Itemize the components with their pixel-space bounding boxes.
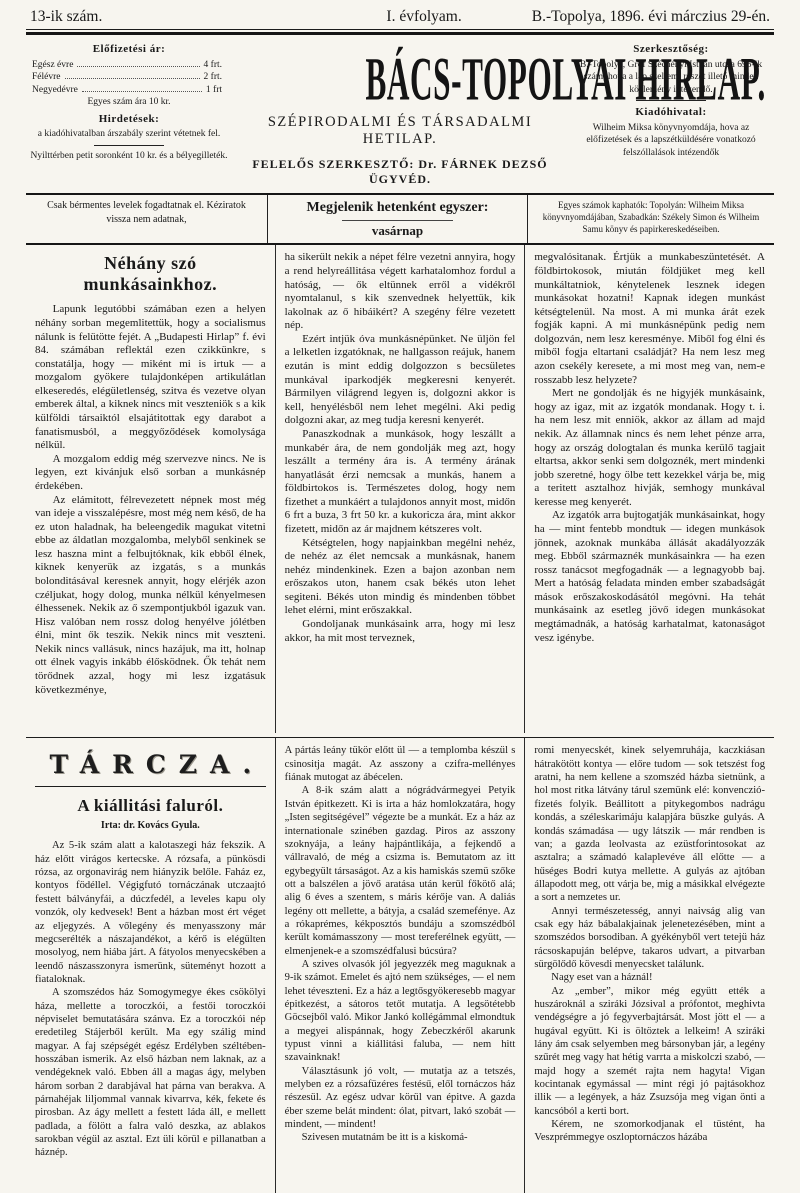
paragraph: A szives olvasók jól jegyezzék meg maguk…: [285, 958, 516, 1065]
paragraph: Szivesen mutatnám be itt is a kiskomá-: [285, 1131, 516, 1144]
rule: [26, 32, 774, 35]
paragraph: Panaszkodnak a munkások, hogy leszállt a…: [285, 428, 516, 537]
volume-label: I. évfolyam.: [386, 8, 461, 26]
article-column-1-text: Lapunk legutóbbi számában ezen a helyen …: [35, 303, 266, 697]
ads-title: Hirdetések:: [26, 112, 232, 127]
publisher-text: Wilheim Miksa könyvnyomdája, hova az elő…: [568, 122, 774, 160]
paragraph: Választásunk jó volt, — mutatja az a tet…: [285, 1065, 516, 1132]
single-copy-price: Egyes szám ára 10 kr.: [26, 96, 232, 109]
frequency-line2: vasárnap: [342, 220, 453, 240]
paragraph: Kétségtelen, hogy napjainkban megélni ne…: [285, 537, 516, 618]
paragraph: Kérem, ne szomorkodjanak el tüstént, ha …: [534, 1118, 765, 1145]
price-value: 4 frt.: [204, 59, 222, 72]
paragraph: Lapunk legutóbbi számában ezen a helyen …: [35, 303, 266, 452]
paragraph: Mert ne gondolják és ne higyjék munkásai…: [534, 387, 765, 509]
top-dateline-bar: 13-ik szám. I. évfolyam. B.-Topolya, 189…: [26, 6, 774, 29]
editor-line: FELELŐS SZERKESZTŐ: Dr. FÁRNEK DEZSŐ ÜGY…: [232, 157, 568, 187]
paragraph: A 8-ik szám alatt a nógrádvármegyei Pety…: [285, 784, 516, 957]
price-value: 2 frt.: [204, 71, 222, 84]
dot-leader: [82, 91, 202, 92]
article-column-2: ha sikerült nekik a népet félre vezetni …: [275, 245, 525, 733]
price-value: 1 frt: [206, 84, 222, 97]
feuilleton-column-2: A pártás leány tükör előtt ül — a templo…: [275, 738, 525, 1193]
paragraph: Gondoljanak munkásaink arra, hogy mi les…: [285, 618, 516, 645]
rule: [26, 29, 774, 30]
newspaper-title: BÁCS-TOPOLYAI HIRLAP.: [365, 45, 765, 115]
paragraph: Ezért intjük óva munkásnépünket. Ne üljö…: [285, 333, 516, 428]
feuilleton-column-1: TÁRCZA. A kiállitási faluról. Irta: dr. …: [26, 738, 275, 1193]
masthead-center: BÁCS-TOPOLYAI HIRLAP. SZÉPIRODALMI ÉS TÁ…: [232, 39, 568, 187]
newspaper-page: 13-ik szám. I. évfolyam. B.-Topolya, 189…: [0, 0, 800, 1193]
dateline: B.-Topolya, 1896. évi márczius 29-én.: [532, 8, 770, 26]
paragraph: ha sikerült nekik a népet félre vezetni …: [285, 251, 516, 332]
article-column-3: megvalósitanak. Értjük a munkabeszünteté…: [524, 245, 774, 733]
paragraph: Annyi természetesség, annyi naivság alig…: [534, 905, 765, 972]
dot-leader: [65, 78, 200, 79]
masthead-area: Előfizetési ár: Egész évre 4 frt. Félévr…: [26, 39, 774, 187]
newspaper-subtitle: SZÉPIRODALMI ÉS TÁRSADALMI HETILAP.: [232, 114, 568, 148]
notice-row: Csak bérmentes levelek fogadtatnak el. K…: [26, 193, 774, 245]
paragraph: A szomszédos ház Somogymegye ékes csököl…: [35, 986, 266, 1159]
ads-text: a kiadóhivatalban árszabály szerint véte…: [26, 128, 232, 141]
paragraph: Az elámitott, félrevezetett népnek most …: [35, 494, 266, 698]
manuscript-notice: Csak bérmentes levelek fogadtatnak el. K…: [26, 195, 267, 243]
article-column-1: Néhány szó munkásainkhoz. Lapunk legutób…: [26, 245, 275, 733]
sales-points-notice: Egyes számok kaphatók: Topolyán: Wilheim…: [528, 195, 774, 243]
publication-frequency: Megjelenik hetenként egyszer: vasárnap: [267, 195, 528, 243]
paragraph: Az „ember”, mikor még együtt ették a hus…: [534, 985, 765, 1118]
feuilleton-title: A kiállitási faluról.: [35, 796, 266, 816]
paragraph: A pártás leány tükör előtt ül — a templo…: [285, 744, 516, 784]
subscription-box: Előfizetési ár: Egész évre 4 frt. Félévr…: [26, 39, 232, 187]
frequency-line1: Megjelenik hetenként egyszer:: [276, 199, 519, 218]
rule: [94, 145, 164, 146]
feuilleton-section: TÁRCZA. A kiállitási faluról. Irta: dr. …: [26, 737, 774, 1193]
rule: [35, 786, 266, 787]
feuilleton-byline: Irta: dr. Kovács Gyula.: [35, 820, 266, 831]
price-label: Egész évre: [32, 59, 73, 72]
paragraph: Nagy eset van a háznál!: [534, 971, 765, 984]
feuilleton-header: TÁRCZA. A kiállitási faluról. Irta: dr. …: [35, 750, 266, 831]
dot-leader: [77, 66, 199, 67]
open-column-text: Nyilttérben petit soronként 10 kr. és a …: [26, 150, 232, 163]
price-row: Negyedévre 1 frt: [26, 84, 232, 97]
paragraph: A mozgalom eddig még szervezve nincs. Ne…: [35, 453, 266, 494]
paragraph: Az 5-ik szám alatt a kalotaszegi ház fek…: [35, 839, 266, 986]
feuilleton-column-1-text: Az 5-ik szám alatt a kalotaszegi ház fek…: [35, 839, 266, 1159]
feuilleton-column-3: romi menyecskét, kinek selyemruhája, kac…: [524, 738, 774, 1193]
main-article: Néhány szó munkásainkhoz. Lapunk legutób…: [26, 245, 774, 733]
price-label: Negyedévre: [32, 84, 78, 97]
subscription-title: Előfizetési ár:: [26, 42, 232, 57]
paragraph: Az izgatók arra bujtogatják munkásainkat…: [534, 509, 765, 645]
paragraph: megvalósitanak. Értjük a munkabeszünteté…: [534, 251, 765, 387]
feuilleton-section-title: TÁRCZA.: [35, 750, 266, 779]
paragraph: romi menyecskét, kinek selyemruhája, kac…: [534, 744, 765, 904]
article-title: Néhány szó munkásainkhoz.: [35, 253, 266, 295]
price-row: Egész évre 4 frt.: [26, 59, 232, 72]
price-label: Félévre: [32, 71, 61, 84]
price-row: Félévre 2 frt.: [26, 71, 232, 84]
issue-number: 13-ik szám.: [30, 8, 386, 26]
